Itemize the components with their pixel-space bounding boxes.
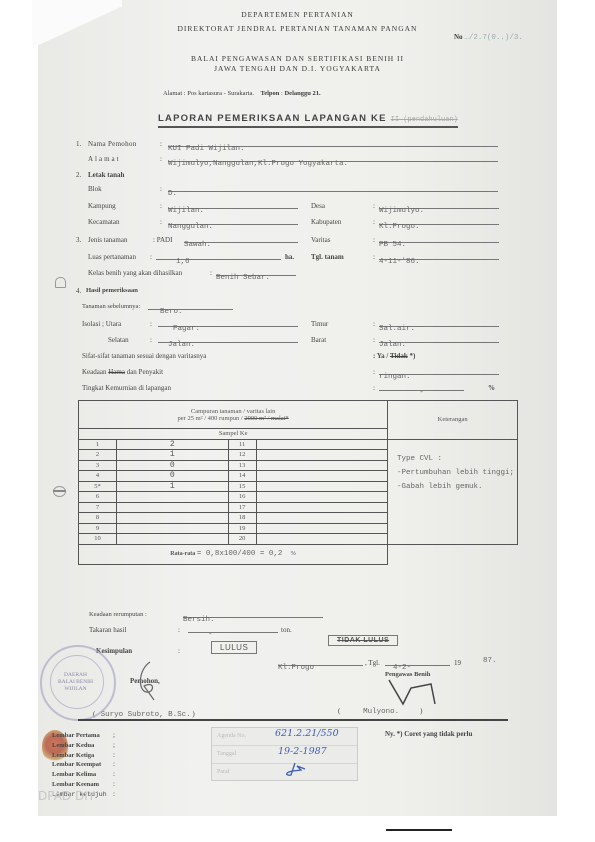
table-header-line1: Campuran tanaman / varitas lain — [79, 408, 387, 415]
tgl-tanam-field: 4-11-'86. — [379, 250, 499, 260]
sample-number: 16 — [228, 492, 256, 503]
place-value: Kl.Progo — [278, 664, 314, 672]
utara-value: Pagar. — [158, 325, 200, 333]
utara-field: Pagar. — [158, 317, 298, 327]
kabupaten-label: Kabupaten — [311, 218, 341, 226]
sample-value — [256, 502, 388, 513]
tgl-tanam-label: Tgl. tanam — [311, 253, 344, 261]
binder-line — [53, 490, 66, 492]
sample-number: 10 — [79, 534, 117, 545]
sample-value — [116, 502, 228, 513]
sample-number: 18 — [228, 513, 256, 524]
keadaan-value: ringan. — [379, 373, 411, 381]
selatan-field: Jalan. — [158, 333, 298, 343]
sample-number: 5* — [79, 481, 117, 492]
seal-line: BALAI BENIH — [58, 679, 93, 686]
number-value: …/2.7(0..)/3. — [464, 34, 523, 42]
desa-value: Wijimulyo. — [379, 207, 424, 215]
seal-text: DAERAH BALAI BENIH WIJILAN — [58, 672, 93, 693]
average-unit: % — [291, 550, 296, 557]
document-page: ABI DEPARTEMEN PERTANIAN DIREKTORAT JEND… — [38, 0, 557, 816]
applicant-field: KUI Padi Wijilan. — [168, 137, 498, 147]
sample-value: 0 — [116, 471, 228, 482]
sample-number: 7 — [79, 502, 117, 513]
kelas-label: Kelas benih yang akan dihasilkan — [88, 269, 182, 277]
keadaan-label: Keadaan Hama dan Penyakit — [82, 368, 163, 376]
sample-value — [256, 481, 388, 492]
keadaan-post: dan Penyakit — [127, 368, 163, 376]
sifat-label: Sifat-sifat tanaman sesuai dengan varita… — [82, 352, 206, 360]
report-title: LAPORAN PEMERIKSAAN LAPANGAN KE II (pend… — [158, 108, 458, 128]
sifat-note: *) — [409, 352, 415, 360]
year-prefix: 19 — [454, 659, 461, 667]
sample-number: 9 — [79, 523, 117, 534]
sample-value — [256, 450, 388, 461]
barat-value: Jalan. — [379, 341, 406, 349]
keadaan-field: ringan. — [379, 365, 499, 375]
lulus-box: LULUS — [211, 641, 257, 654]
timur-value: Sal.air. — [379, 325, 415, 333]
section-4-title: Hasil pemeriksaan — [86, 287, 138, 294]
varitas-field: PB 54. — [379, 233, 499, 243]
document-number: No …/2.7(0..)/3. — [454, 33, 523, 42]
remark-line: -Pertumbuhan lebih tinggi; — [397, 466, 514, 480]
sample-number: 14 — [228, 471, 256, 482]
year-suffix: 87. — [483, 657, 497, 665]
sample-number: 3 — [79, 460, 117, 471]
blok-label: Blok — [88, 185, 102, 193]
sebelumnya-value: Bero. — [148, 308, 183, 316]
sample-number: 4 — [79, 471, 117, 482]
sample-number: 6 — [79, 492, 117, 503]
average-label: Rata-rata — [170, 551, 195, 557]
timur-label: Timur — [311, 320, 328, 328]
address-field-label: Alamat — [88, 155, 121, 163]
address-field-value: Wijimulyo,Nanggulan,Kl.Progo Yogyakarta. — [168, 160, 348, 168]
tgl-tanam-value: 4-11-'86. — [379, 258, 420, 266]
inspector-name-line: ( Mulyono. ) — [338, 707, 422, 716]
phone-label: Telpon — [261, 90, 280, 97]
sample-value: 2 — [116, 439, 228, 450]
jenis-label: Jenis tanaman — [88, 236, 127, 244]
sample-value — [116, 513, 228, 524]
isolasi-utara-label: Isolasi ; Utara — [82, 320, 121, 328]
applicant-name: Suryo Subroto, B.Sc. — [101, 711, 191, 719]
sebelumnya-field: Bero. — [148, 300, 233, 310]
report-title-suffix: II (pendahuluan) — [391, 116, 458, 124]
sample-value: 1 — [116, 481, 228, 492]
number-label: No — [454, 33, 463, 41]
takaran-field: - — [188, 623, 278, 633]
kabupaten-value: Kl.Progo. — [379, 223, 420, 231]
selatan-label: Selatan — [108, 336, 129, 344]
sample-number: 15 — [228, 481, 256, 492]
sample-number: 11 — [228, 439, 256, 450]
kemurnian-unit: % — [488, 384, 495, 392]
varitas-value: PB 54. — [379, 241, 406, 249]
kemurnian-value: - — [419, 389, 424, 397]
tgl-label: , Tgl. — [365, 659, 380, 667]
copy-item: Lembar Keempat — [52, 760, 107, 770]
sample-value — [256, 513, 388, 524]
address-value: Pos kartasura - Surakarta. — [187, 90, 254, 97]
office-heading-1: BALAI PENGAWASAN DAN SERTIFIKASI BENIH I… — [38, 54, 557, 63]
kecamatan-field: Nanggulan. — [168, 215, 298, 225]
sample-number: 1 — [79, 439, 117, 450]
copy-item: Lembar Kedua — [52, 741, 107, 751]
kemurnian-label: Tingkat Kemurnian di lapangan — [82, 384, 171, 392]
kemurnian-field: - — [379, 381, 464, 391]
takaran-value: - — [188, 631, 213, 639]
keadaan-pre: Keadaan — [82, 368, 106, 376]
luas-label: Luas pertanaman — [88, 253, 136, 261]
kelas-value: Benih Sebar. — [216, 274, 270, 282]
section-1-number: 1. — [76, 140, 81, 148]
average-row: Rata-rata = 0,8x100/400 = 0,2 % — [79, 544, 388, 564]
sebelumnya-label: Tanaman sebelumnya: — [82, 303, 140, 310]
selatan-value: Jalan. — [158, 341, 195, 349]
remark-line: -Gabah lebih gemuk. — [397, 480, 514, 494]
rerumputan-field: Bersih. — [183, 608, 323, 618]
sample-number: 20 — [228, 534, 256, 545]
copy-item: Lembar Kelima — [52, 770, 107, 780]
keadaan-strike: Hama — [108, 368, 125, 376]
blok-field: D. — [168, 182, 498, 192]
kelas-field: Benih Sebar. — [216, 266, 296, 276]
office-heading-2: JAWA TENGAH DAN D.I. YOGYAKARTA — [38, 64, 557, 73]
footnote: Ny. *) Coret yang tidak perlu — [385, 730, 472, 738]
applicant-label: Nama Pemohon — [88, 140, 137, 148]
place-field: Kl.Progo — [278, 656, 363, 666]
sampel-header: Sampel Ke — [79, 429, 388, 440]
divider — [78, 719, 508, 721]
tgl-field: 4-2- — [385, 656, 450, 666]
inspector-signature-icon — [383, 678, 443, 708]
sifat-value: : Ya / Tidak *) — [373, 352, 415, 360]
address-label: Alamat — [163, 90, 182, 97]
kampung-label: Kampung — [88, 202, 116, 210]
section-3-number: 3. — [76, 236, 81, 244]
kecamatan-value: Nanggulan. — [168, 223, 213, 231]
barat-label: Barat — [311, 336, 326, 344]
sample-value — [256, 460, 388, 471]
agenda-date: 19-2-1987 — [278, 746, 327, 757]
jenis-prefix: PADI — [157, 236, 173, 244]
sample-value — [256, 534, 388, 545]
keterangan-header: Keterangan — [388, 401, 518, 440]
binder-hole-icon — [55, 277, 66, 288]
address-field: Wijimulyo,Nanggulan,Kl.Progo Yogyakarta. — [168, 152, 498, 162]
copies-colons: ;;::::: — [113, 731, 115, 800]
barat-field: Jalan. — [379, 333, 499, 343]
copy-item: Lembar Ketiga — [52, 751, 107, 761]
blok-value: D. — [168, 190, 177, 198]
inspector-title: Pengawas Benih — [385, 671, 430, 678]
report-title-text: LAPORAN PEMERIKSAAN LAPANGAN KE — [158, 113, 387, 124]
applicant-signature-icon — [130, 660, 160, 705]
applicant-name-line: ( Suryo Subroto, B.Sc. ) — [93, 710, 195, 719]
sifat-tidak: Tidak — [390, 352, 408, 360]
watermark: DPAD DIY — [38, 789, 95, 803]
seal-line: DAERAH — [58, 672, 93, 679]
bottom-rule — [386, 829, 452, 831]
paraf-signature-icon — [281, 760, 311, 778]
desa-label: Desa — [311, 202, 325, 210]
section-2-title: Letak tanah — [88, 171, 124, 179]
kabupaten-field: Kl.Progo. — [379, 215, 499, 225]
rerumputan-label: Keadaan rerumputan : — [89, 611, 147, 618]
jenis-value: Sawah. — [184, 241, 211, 249]
sample-value: 1 — [116, 450, 228, 461]
table-header-mixture: Campuran tanaman / varitas lain per 25 m… — [79, 401, 388, 429]
copy-item: Lembar Pertama — [52, 731, 107, 741]
sample-number: 12 — [228, 450, 256, 461]
seal-line: WIJILAN — [58, 686, 93, 693]
sample-value: 0 — [116, 460, 228, 471]
luas-value: 1,6 — [156, 258, 190, 266]
table-header-line2: per 25 m² / 400 rumpun / — [178, 415, 243, 422]
inspector-name: Mulyono. — [363, 708, 399, 716]
takaran-label: Takaran hasil — [89, 626, 126, 634]
average-value: = 0,8x100/400 = 0,2 — [197, 550, 283, 558]
sample-value — [256, 439, 388, 450]
remarks: Type CVL : -Pertumbuhan lebih tinggi; -G… — [397, 452, 514, 494]
section-4-number: 4. — [76, 287, 81, 295]
sample-value — [256, 492, 388, 503]
jenis-field: Sawah. — [184, 233, 298, 243]
address-line: Alamat : Pos kartasura - Surakarta. Telp… — [163, 90, 321, 97]
tidak-lulus-box: TIDAK LULUS — [328, 635, 398, 646]
takaran-unit: ton. — [281, 626, 292, 634]
sample-number: 8 — [79, 513, 117, 524]
sample-number: 13 — [228, 460, 256, 471]
sample-value — [116, 492, 228, 503]
luas-field: 1,6 — [156, 250, 281, 260]
luas-unit: ha. — [285, 253, 294, 261]
sifat-ya: Ya / — [377, 352, 388, 360]
phone-value: Delanggu 21. — [284, 90, 320, 97]
sample-value — [256, 471, 388, 482]
sample-number: 2 — [79, 450, 117, 461]
folded-corner — [32, 0, 122, 45]
timur-field: Sal.air. — [379, 317, 499, 327]
sample-number: 17 — [228, 502, 256, 513]
kecamatan-label: Kecamatan — [88, 218, 119, 226]
kampung-value: Wijilan. — [168, 207, 204, 215]
agenda-number: 621.2.21/550 — [275, 728, 339, 739]
section-2-number: 2. — [76, 171, 81, 179]
table-header-strike: 2000 m² / malai* — [244, 415, 288, 422]
sample-value — [116, 523, 228, 534]
sample-value — [256, 523, 388, 534]
remark-line: Type CVL : — [397, 452, 514, 466]
varitas-label: Varitas — [311, 236, 330, 244]
sample-number: 19 — [228, 523, 256, 534]
sample-value — [116, 534, 228, 545]
desa-field: Wijimulyo. — [379, 199, 499, 209]
kampung-field: Wijilan. — [168, 199, 298, 209]
table-row: 1211 — [79, 439, 518, 450]
